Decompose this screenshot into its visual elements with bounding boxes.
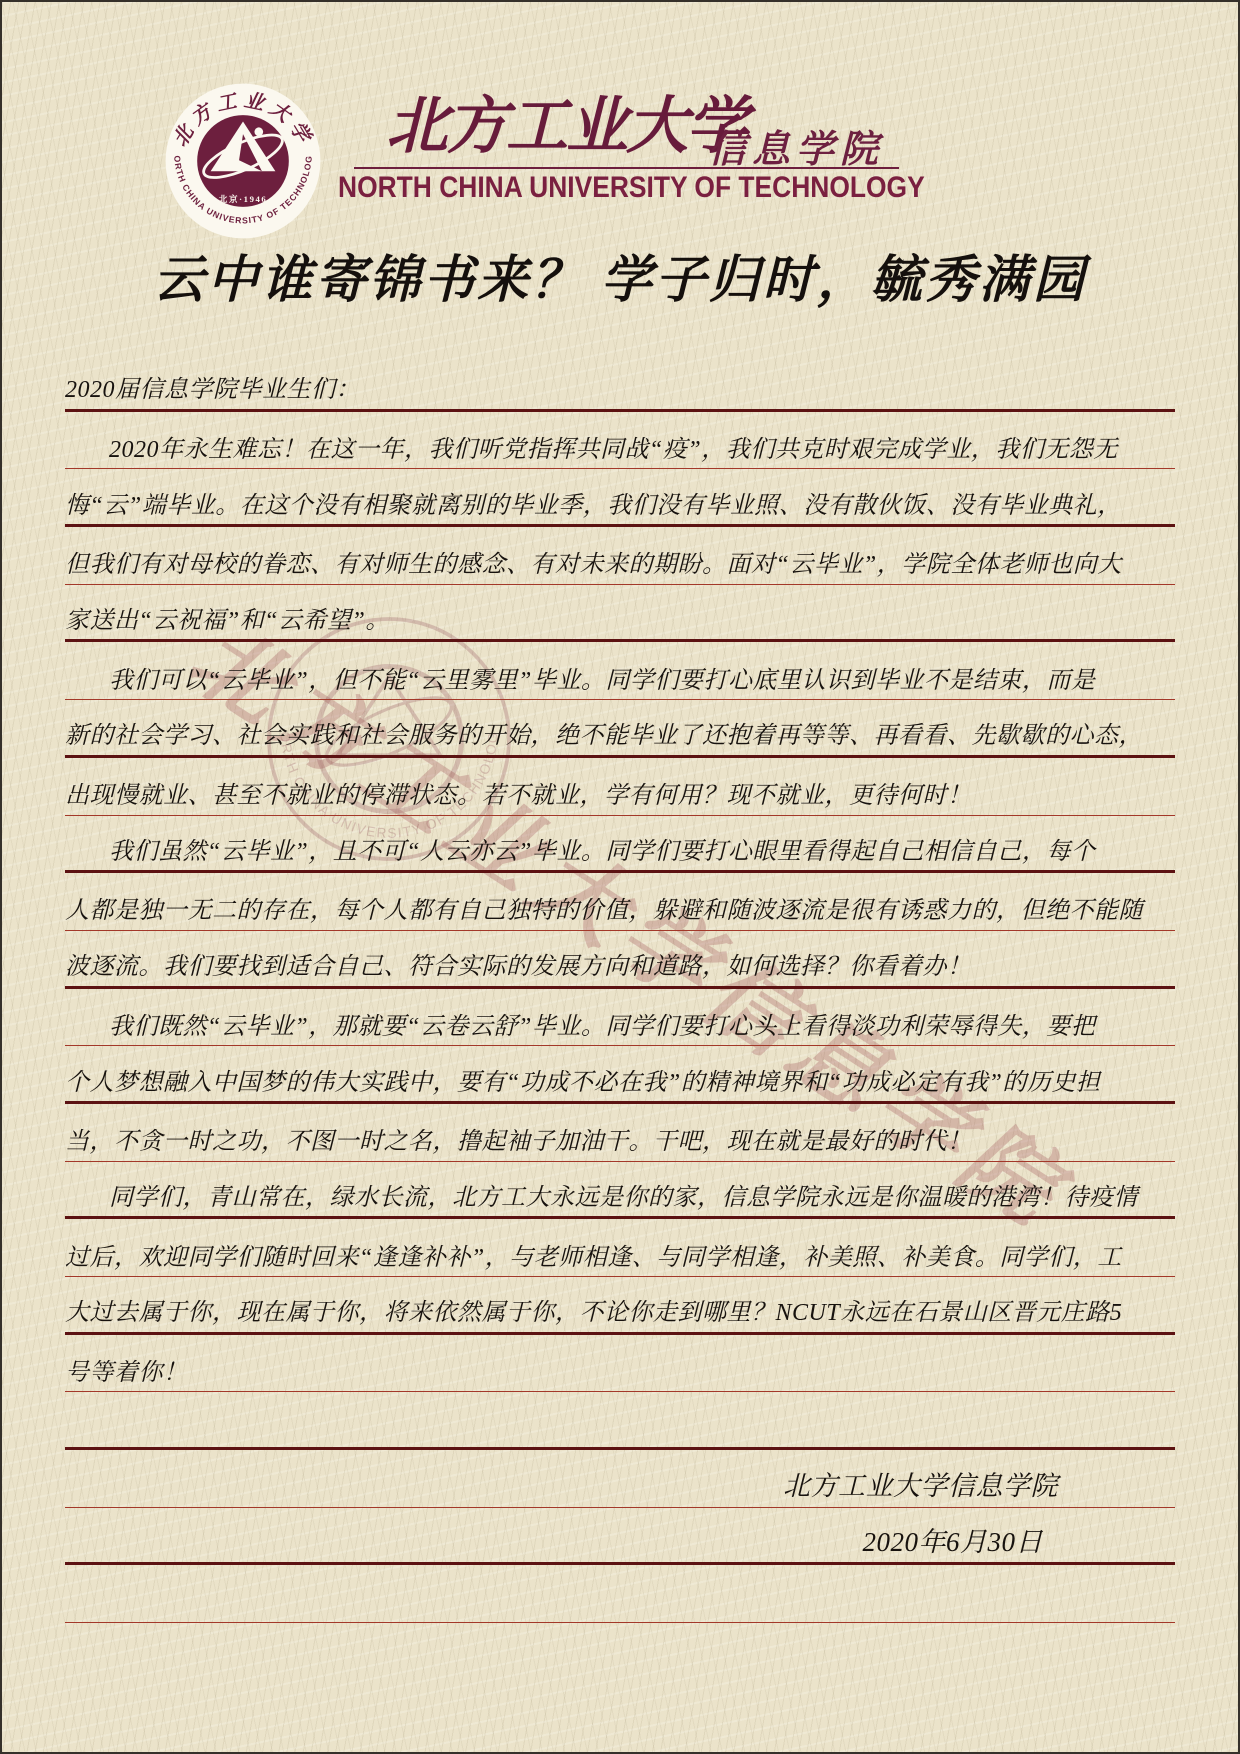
letter-line-empty (65, 1392, 1175, 1450)
letter-line-text: 我们虽然“云毕业”，且不可“人云亦云”毕业。同学们要打心眼里看得起自己相信自己，… (65, 839, 1095, 865)
seal-year-badge: 北京·1946 (219, 193, 268, 204)
letter-line-text: 2020年6月30日 (863, 1528, 1176, 1558)
letter-line-body: 大过去属于你，现在属于你，将来依然属于你，不论你走到哪里？NCUT永远在石景山区… (65, 1277, 1175, 1335)
letter-line-body: 但我们有对母校的眷恋、有对师生的感念、有对未来的期盼。面对“云毕业”，学院全体老… (65, 527, 1175, 585)
letter-line-text: 波逐流。我们要找到适合自己、符合实际的发展方向和道路，如何选择？你看着办！ (65, 954, 972, 980)
university-seal-logo: 北方工业大学 NORTH CHINA UNIVERSITY OF TECHNOL… (164, 82, 322, 240)
letter-line-salutation: 2020届信息学院毕业生们： (65, 354, 1175, 412)
letter-line-text: 过后，欢迎同学们随时回来“逢逢补补”，与老师相逢、与同学相逢，补美照、补美食。同… (65, 1245, 1122, 1271)
letter-line-text: 但我们有对母校的眷恋、有对师生的感念、有对未来的期盼。面对“云毕业”，学院全体老… (65, 552, 1122, 578)
letter-line-body: 当，不贪一时之功，不图一时之名，撸起袖子加油干。干吧，现在就是最好的时代！ (65, 1104, 1175, 1162)
letter-line-text: 北方工业大学信息学院 (783, 1472, 1175, 1502)
letter-line-text: 出现慢就业、甚至不就业的停滞状态。若不就业，学有何用？现不就业，更待何时！ (65, 783, 972, 809)
letter-line-body: 号等着你！ (65, 1335, 1175, 1393)
university-name-english: NORTH CHINA UNIVERSITY OF TECHNOLOGY (338, 171, 925, 205)
letter-line-text: 号等着你！ (65, 1360, 188, 1386)
letter-line-text: 同学们，青山常在，绿水长流，北方工大永远是你的家，信息学院永远是你温暖的港湾！待… (65, 1185, 1138, 1211)
letter-line-body: 新的社会学习、社会实践和社会服务的开始，绝不能毕业了还抱着再等等、再看看、先歇歇… (65, 700, 1175, 758)
letter-line-text: 当，不贪一时之功，不图一时之名，撸起袖子加油干。干吧，现在就是最好的时代！ (65, 1129, 972, 1155)
letter-line-text: 人都是独一无二的存在，每个人都有自己独特的价值，躲避和随波逐流是很有诱惑力的，但… (65, 898, 1143, 924)
letter-line-text: 悔“云”端毕业。在这个没有相聚就离别的毕业季，我们没有毕业照、没有散伙饭、没有毕… (65, 493, 1122, 519)
letter-line-body: 个人梦想融入中国梦的伟大实践中，要有“功成不必在我”的精神境界和“功成必定有我”… (65, 1046, 1175, 1104)
letter-line-text: 我们既然“云毕业”，那就要“云卷云舒”毕业。同学们要打心头上看得淡功利荣辱得失，… (65, 1014, 1095, 1040)
letter-line-date: 2020年6月30日 (65, 1508, 1175, 1566)
letter-body: 2020届信息学院毕业生们：2020年永生难忘！在这一年，我们听党指挥共同战“疫… (65, 354, 1175, 1623)
letter-line-body: 悔“云”端毕业。在这个没有相聚就离别的毕业季，我们没有毕业照、没有散伙饭、没有毕… (65, 469, 1175, 527)
letter-line-body: 2020年永生难忘！在这一年，我们听党指挥共同战“疫”，我们共克时艰完成学业，我… (65, 412, 1175, 470)
university-name-calligraphy: 北方工业大学 (386, 76, 716, 165)
letter-line-body: 我们可以“云毕业”，但不能“云里雾里”毕业。同学们要打心底里认识到毕业不是结束，… (65, 642, 1175, 700)
letter-line-text: 家送出“云祝福”和“云希望”。 (65, 608, 390, 634)
letter-line-body: 家送出“云祝福”和“云希望”。 (65, 585, 1175, 643)
letter-line-text: 新的社会学习、社会实践和社会服务的开始，绝不能毕业了还抱着再等等、再看看、先歇歇… (65, 723, 1143, 749)
letter-line-body: 出现慢就业、甚至不就业的停滞状态。若不就业，学有何用？现不就业，更待何时！ (65, 758, 1175, 816)
letter-title: 云中谁寄锦书来？ 学子归时，毓秀满园 (2, 238, 1238, 312)
letter-line-text: 2020年永生难忘！在这一年，我们听党指挥共同战“疫”，我们共克时艰完成学业，我… (65, 437, 1118, 463)
letter-line-body: 波逐流。我们要找到适合自己、符合实际的发展方向和道路，如何选择？你看着办！ (65, 931, 1175, 989)
letter-line-body: 同学们，青山常在，绿水长流，北方工大永远是你的家，信息学院永远是你温暖的港湾！待… (65, 1162, 1175, 1220)
letterhead-page: 北方工业大学 NORTH CHINA UNIVERSITY OF TECHNOL… (0, 0, 1240, 1754)
letter-line-text: 我们可以“云毕业”，但不能“云里雾里”毕业。同学们要打心底里认识到毕业不是结束，… (65, 668, 1095, 694)
seal-sun-dot (254, 127, 263, 136)
letter-line-body: 我们既然“云毕业”，那就要“云卷云舒”毕业。同学们要打心头上看得淡功利荣辱得失，… (65, 989, 1175, 1047)
letter-line-text: 2020届信息学院毕业生们： (65, 377, 360, 403)
letter-line-text: 个人梦想融入中国梦的伟大实践中，要有“功成不必在我”的精神境界和“功成必定有我”… (65, 1070, 1100, 1096)
letter-line-body: 人都是独一无二的存在，每个人都有自己独特的价值，躲避和随波逐流是很有诱惑力的，但… (65, 873, 1175, 931)
college-name: 信息学院 (708, 118, 884, 173)
letter-line-empty (65, 1565, 1175, 1623)
header-divider (354, 167, 899, 169)
letter-line-body: 过后，欢迎同学们随时回来“逢逢补补”，与老师相逢、与同学相逢，补美照、补美食。同… (65, 1219, 1175, 1277)
letter-line-text: 大过去属于你，现在属于你，将来依然属于你，不论你走到哪里？NCUT永远在石景山区… (65, 1300, 1122, 1326)
letter-line-signature: 北方工业大学信息学院 (65, 1450, 1175, 1508)
letter-line-body: 我们虽然“云毕业”，且不可“人云亦云”毕业。同学们要打心眼里看得起自己相信自己，… (65, 816, 1175, 874)
